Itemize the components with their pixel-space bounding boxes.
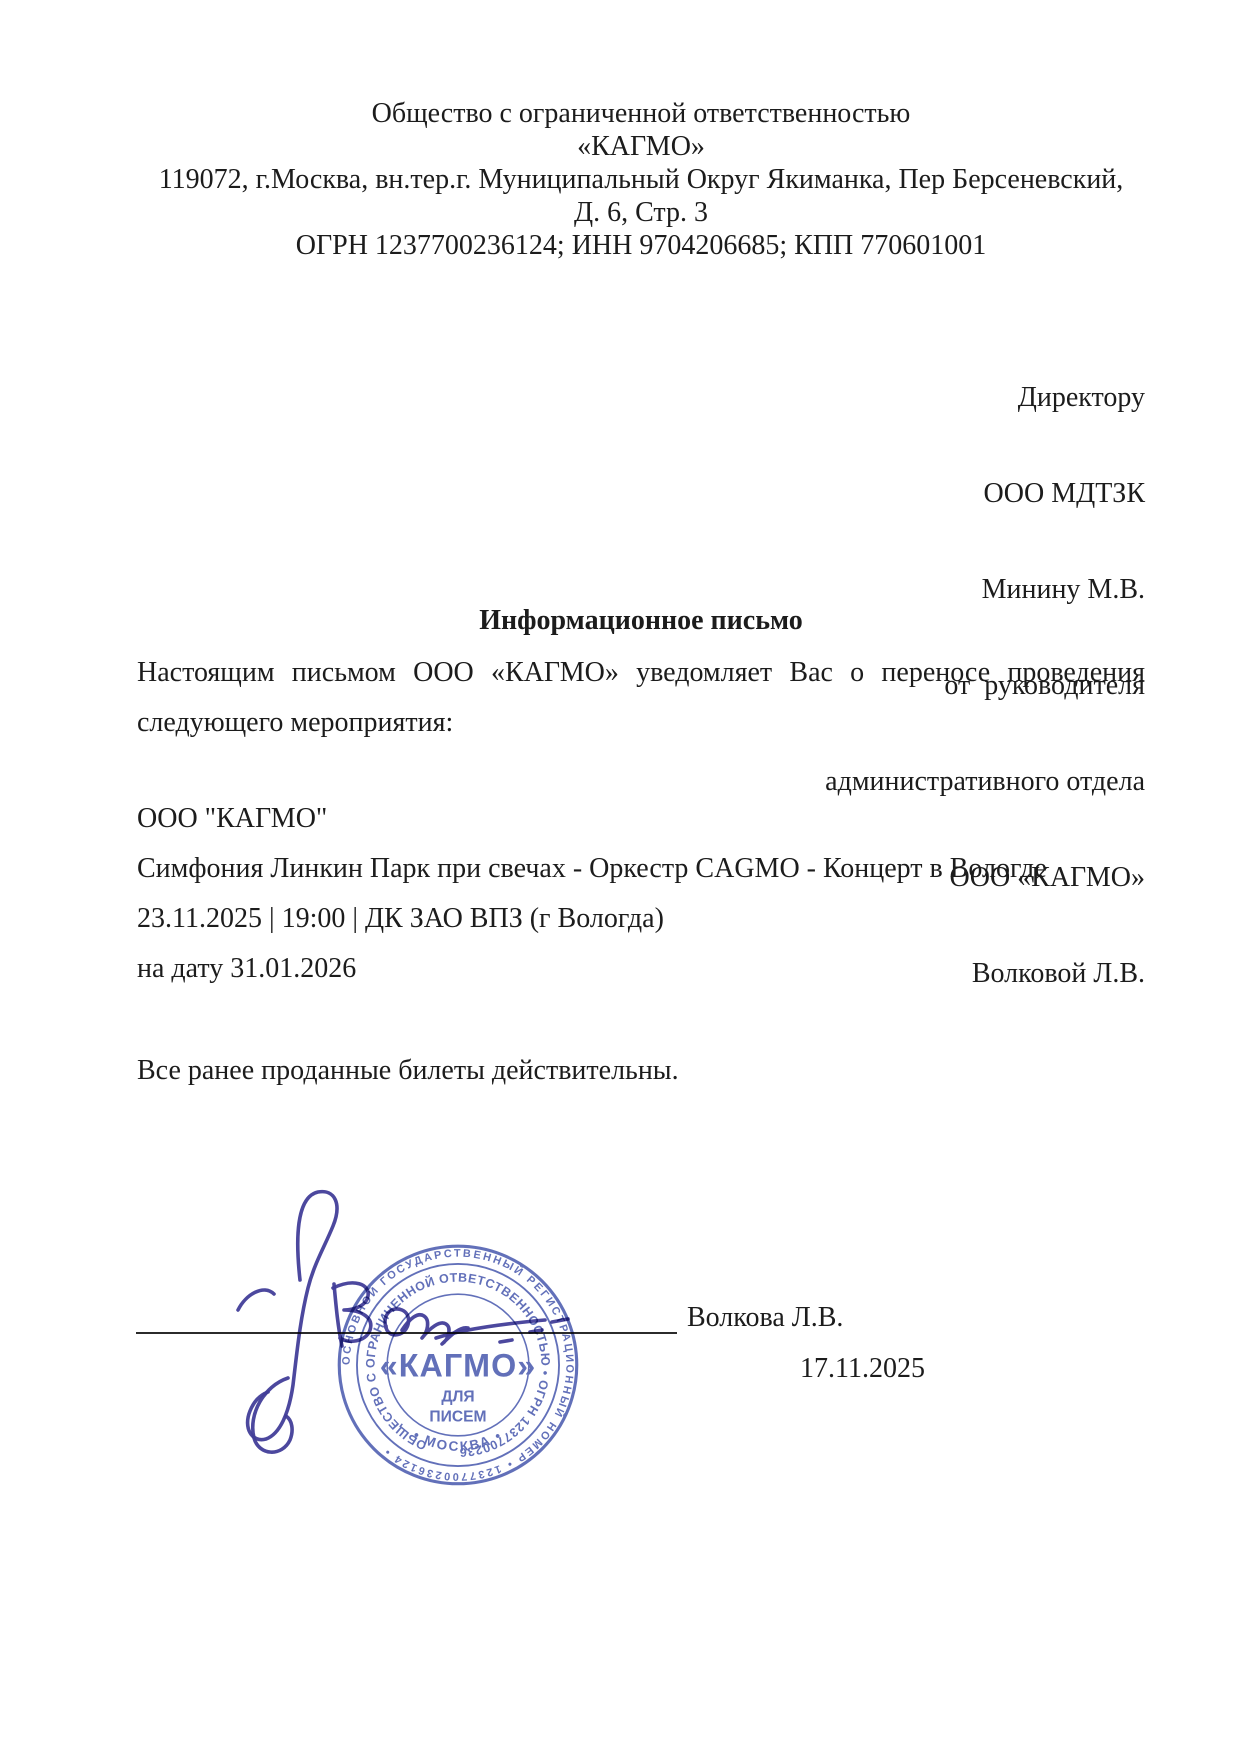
recipient-company: ООО МДТЗК [825, 478, 1145, 510]
event-datetime-venue: 23.11.2025 | 19:00 | ДК ЗАО ВПЗ (г Волог… [137, 894, 1145, 944]
event-new-date: на дату 31.01.2026 [137, 944, 1145, 994]
document-title: Информационное письмо [137, 603, 1145, 639]
event-details: ООО "КАГМО" Симфония Линкин Парк при све… [137, 794, 1145, 994]
letter-page: Общество с ограниченной ответственностью… [0, 0, 1240, 1754]
letterhead-address-line2: Д. 6, Стр. 3 [137, 196, 1145, 229]
signer-name: Волкова Л.В. [687, 1301, 843, 1335]
letterhead-company-name: «КАГМО» [137, 130, 1145, 163]
body-paragraph: Настоящим письмом ООО «КАГМО» уведомляет… [137, 648, 1145, 748]
event-name: Симфония Линкин Парк при свечах - Оркест… [137, 844, 1145, 894]
signature-date: 17.11.2025 [800, 1352, 925, 1386]
signature-stroke [238, 1290, 274, 1310]
body-line-1: Настоящим письмом ООО «КАГМО» уведомляет… [137, 648, 1145, 698]
signature-stroke [552, 1319, 568, 1322]
letterhead-company-type: Общество с ограниченной ответственностью [137, 97, 1145, 130]
letterhead-address-line1: 119072, г.Москва, вн.тер.г. Муниципальны… [137, 163, 1145, 196]
signature-stroke [500, 1340, 512, 1342]
body-line-2: следующего мероприятия: [137, 698, 1145, 748]
signature-stroke [530, 1330, 542, 1332]
letterhead-registration-numbers: ОГРН 1237700236124; ИНН 9704206685; КПП … [137, 229, 1145, 262]
event-organizer: ООО "КАГМО" [137, 794, 1145, 844]
letterhead: Общество с ограниченной ответственностью… [137, 97, 1145, 262]
signature-stroke [402, 1315, 468, 1344]
tickets-note: Все ранее проданные билеты действительны… [137, 1046, 1145, 1096]
signature-stroke [385, 1309, 408, 1335]
recipient-position: Директору [825, 382, 1145, 414]
handwritten-signature [230, 1180, 570, 1465]
recipient-person: Минину М.В. [825, 574, 1145, 606]
